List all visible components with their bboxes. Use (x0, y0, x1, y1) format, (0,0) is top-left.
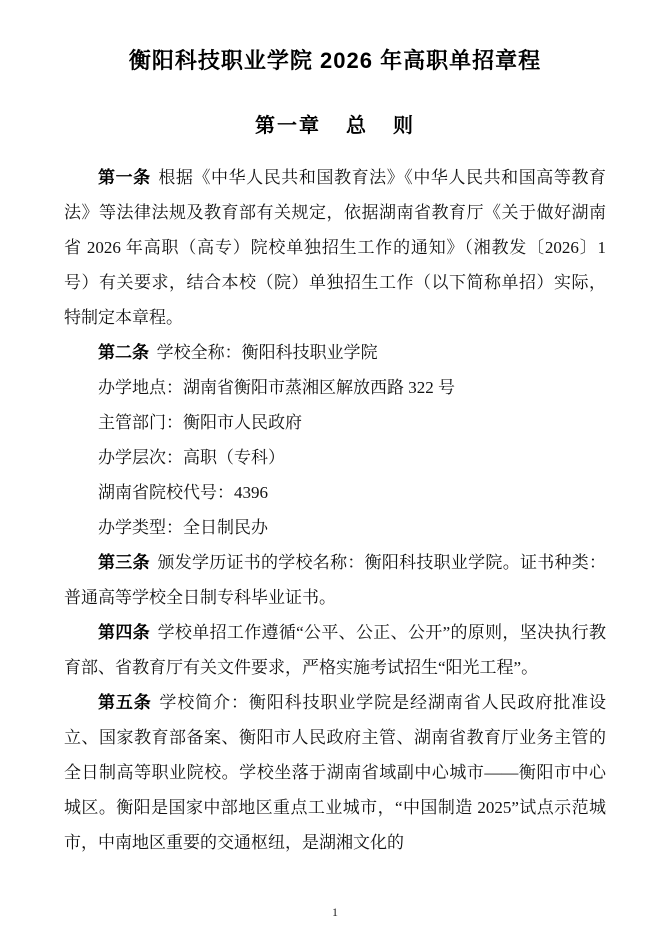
paragraph-school-code: 湖南省院校代号：4396 (64, 475, 606, 510)
paragraph-school-address: 办学地点：湖南省衡阳市蒸湘区解放西路 322 号 (64, 370, 606, 405)
paragraph-article-4: 第四条学校单招工作遵循“公平、公正、公开”的原则，坚决执行教育部、省教育厅有关文… (64, 615, 606, 685)
page-number: 1 (0, 905, 670, 920)
school-type-text: 办学类型：全日制民办 (98, 518, 268, 537)
paragraph-article-3: 第三条颁发学历证书的学校名称：衡阳科技职业学院。证书种类：普通高等学校全日制专科… (64, 545, 606, 615)
paragraph-article-1: 第一条根据《中华人民共和国教育法》《中华人民共和国高等教育法》等法律法规及教育部… (64, 160, 606, 335)
paragraph-supervising-department: 主管部门：衡阳市人民政府 (64, 405, 606, 440)
chapter-heading: 第一章 总 则 (64, 110, 606, 142)
article-1-label: 第一条 (98, 168, 158, 187)
document-page: 衡阳科技职业学院 2026 年高职单招章程 第一章 总 则 第一条根据《中华人民… (0, 0, 670, 935)
article-4-label: 第四条 (98, 623, 158, 642)
school-address-text: 办学地点：湖南省衡阳市蒸湘区解放西路 322 号 (98, 378, 455, 397)
education-level-text: 办学层次：高职（专科） (98, 448, 285, 467)
paragraph-article-5: 第五条学校简介：衡阳科技职业学院是经湖南省人民政府批准设立、国家教育部备案、衡阳… (64, 685, 606, 860)
article-1-text: 根据《中华人民共和国教育法》《中华人民共和国高等教育法》等法律法规及教育部有关规… (64, 168, 606, 327)
supervising-department-text: 主管部门：衡阳市人民政府 (98, 413, 302, 432)
article-3-label: 第三条 (98, 553, 157, 572)
document-title: 衡阳科技职业学院 2026 年高职单招章程 (64, 44, 606, 78)
document-body: 第一条根据《中华人民共和国教育法》《中华人民共和国高等教育法》等法律法规及教育部… (64, 160, 606, 860)
paragraph-education-level: 办学层次：高职（专科） (64, 440, 606, 475)
paragraph-article-2: 第二条学校全称：衡阳科技职业学院 (64, 335, 606, 370)
article-5-label: 第五条 (98, 693, 159, 712)
school-code-text: 湖南省院校代号：4396 (98, 483, 268, 502)
article-2-label: 第二条 (98, 343, 157, 362)
paragraph-school-type: 办学类型：全日制民办 (64, 510, 606, 545)
article-5-text: 学校简介：衡阳科技职业学院是经湖南省人民政府批准设立、国家教育部备案、衡阳市人民… (64, 693, 606, 852)
article-2-text: 学校全称：衡阳科技职业学院 (157, 343, 378, 362)
